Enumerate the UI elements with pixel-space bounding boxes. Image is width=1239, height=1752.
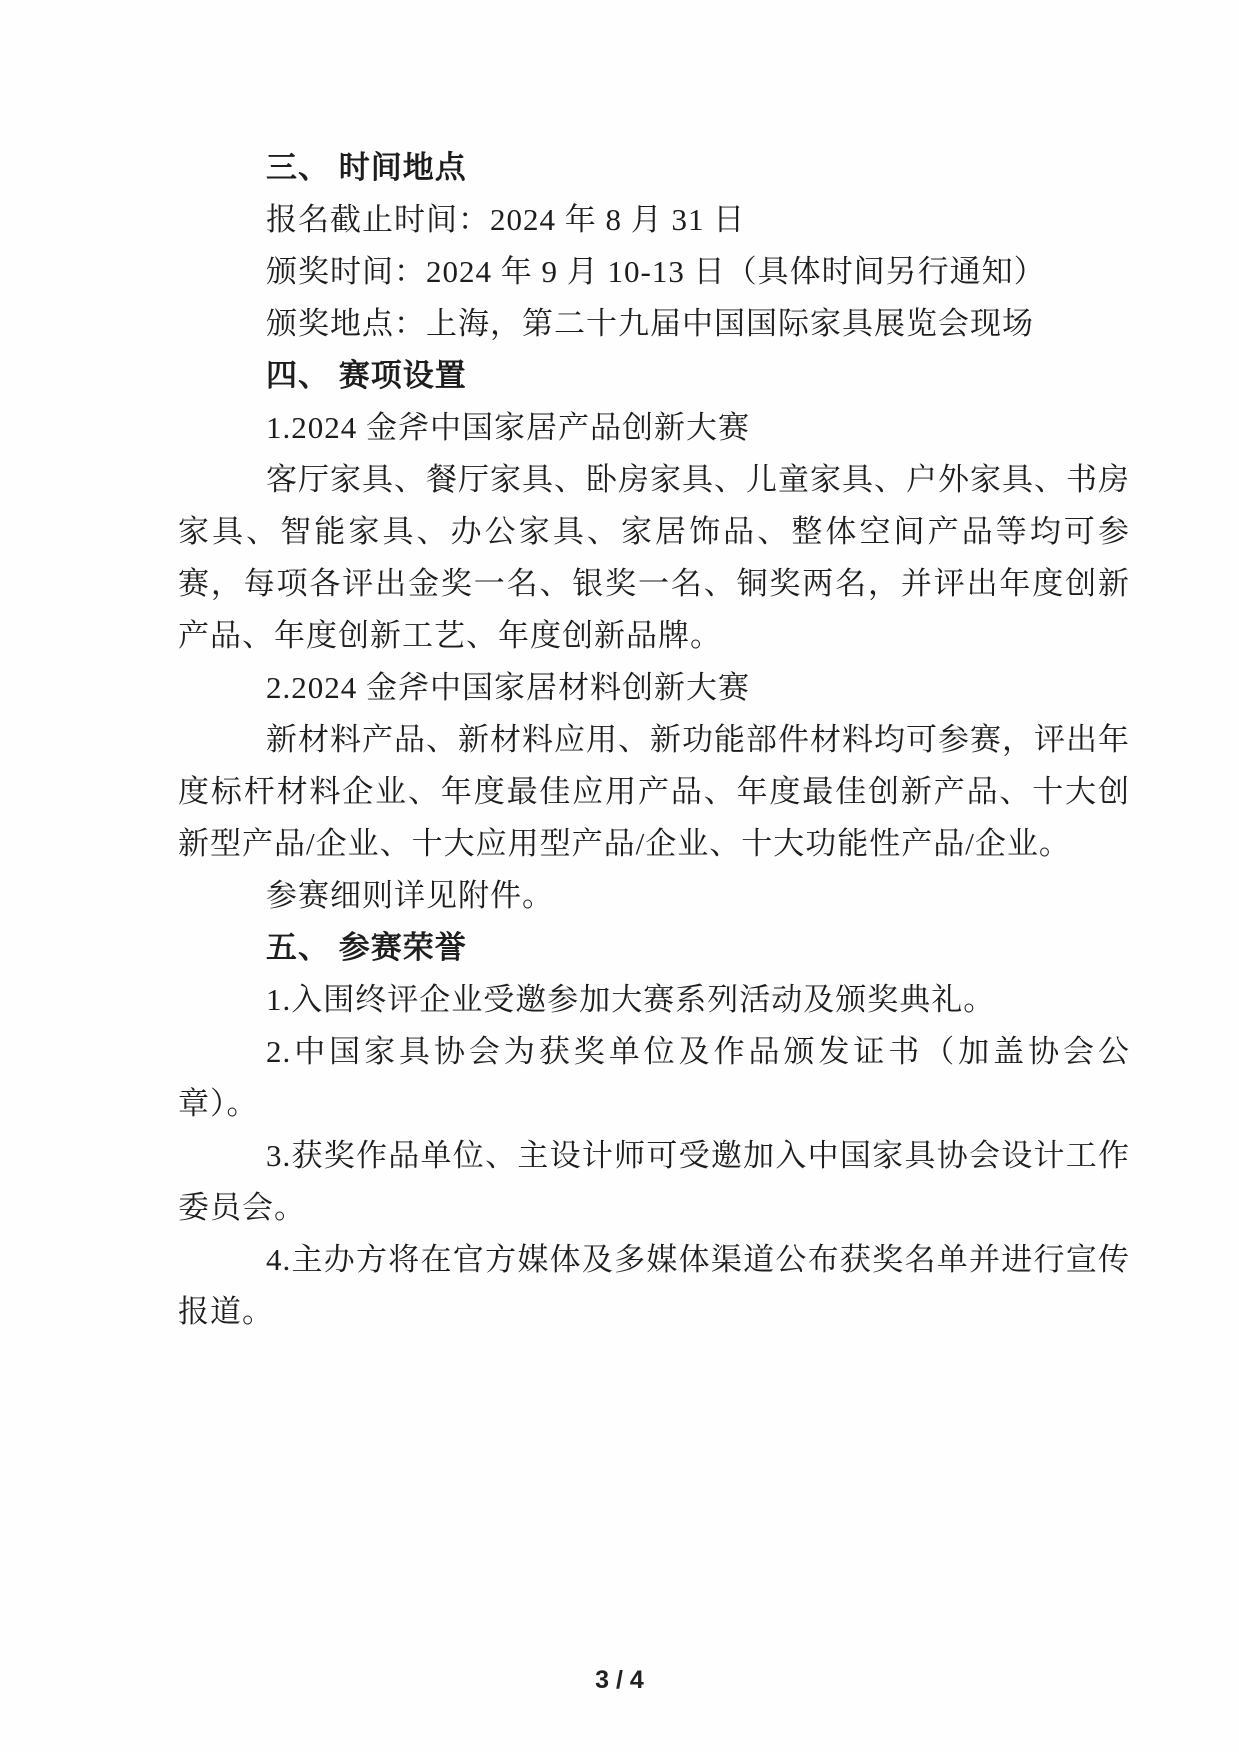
contest-1-details: 客厅家具、餐厅家具、卧房家具、儿童家具、户外家具、书房家具、智能家具、办公家具、… <box>178 454 1130 662</box>
contest-2-details: 新材料产品、新材料应用、新功能部件材料均可参赛，评出年度标杆材料企业、年度最佳应… <box>178 714 1130 870</box>
section-heading-honors: 五、 参赛荣誉 <box>178 922 1130 974</box>
honor-item-2: 2.中国家具协会为获奖单位及作品颁发证书（加盖协会公章）。 <box>178 1026 1130 1130</box>
contest-1-title: 1.2024 金斧中国家居产品创新大赛 <box>178 402 1130 454</box>
contest-2-title: 2.2024 金斧中国家居材料创新大赛 <box>178 662 1130 714</box>
line-registration-deadline: 报名截止时间：2024 年 8 月 31 日 <box>178 194 1130 246</box>
honor-item-4: 4.主办方将在官方媒体及多媒体渠道公布获奖名单并进行宣传报道。 <box>178 1234 1130 1338</box>
document-page: 三、 时间地点 报名截止时间：2024 年 8 月 31 日 颁奖时间：2024… <box>0 0 1239 1752</box>
section-heading-contest-setup: 四、 赛项设置 <box>178 350 1130 402</box>
honor-item-3: 3.获奖作品单位、主设计师可受邀加入中国家具协会设计工作委员会。 <box>178 1130 1130 1234</box>
honor-item-1: 1.入围终评企业受邀参加大赛系列活动及颁奖典礼。 <box>178 974 1130 1026</box>
attachment-note: 参赛细则详见附件。 <box>178 870 1130 922</box>
section-heading-time-place: 三、 时间地点 <box>178 142 1130 194</box>
footer-page-number: 3 / 4 <box>0 1666 1239 1695</box>
document-body: 三、 时间地点 报名截止时间：2024 年 8 月 31 日 颁奖时间：2024… <box>178 142 1130 1338</box>
line-award-ceremony-venue: 颁奖地点：上海，第二十九届中国国际家具展览会现场 <box>178 298 1130 350</box>
line-award-ceremony-time: 颁奖时间：2024 年 9 月 10-13 日（具体时间另行通知） <box>178 246 1130 298</box>
